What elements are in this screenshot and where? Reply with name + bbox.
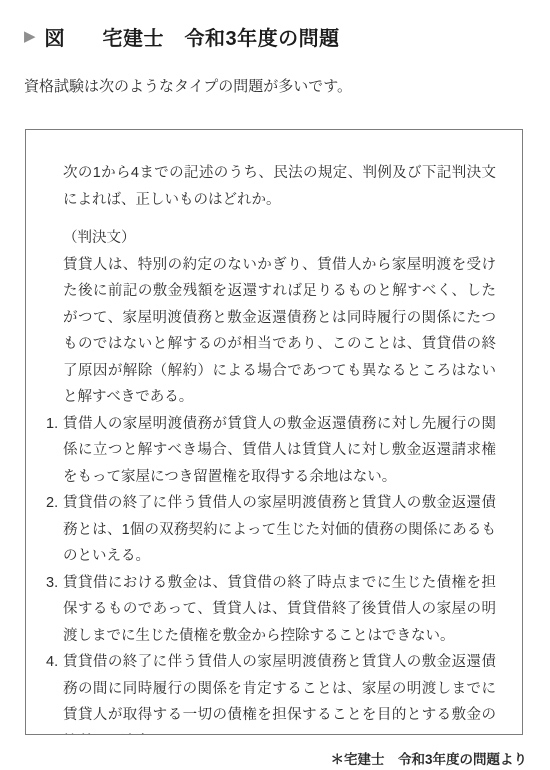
question-statement: 次の1から4までの記述のうち、民法の規定、判例及び下記判決文によれば、正しいもの… (63, 160, 496, 213)
figure-title: 宅建士 令和3年度の問題 (103, 22, 340, 51)
source-footnote: ＊宅建士 令和3年度の問題より (0, 748, 527, 768)
choice-number: 3. (46, 570, 63, 650)
figure-label: 図 (45, 22, 65, 51)
choice-item-4: 4. 賃貸借の終了に伴う賃借人の家屋明渡債務と賃貸人の敷金返還債務の間に同時履行… (46, 649, 496, 735)
choice-text: 賃借人の家屋明渡債務が賃貸人の敷金返還債務に対し先履行の関係に立つと解すべき場合… (63, 411, 496, 491)
choice-item-1: 1. 賃借人の家屋明渡債務が賃貸人の敷金返還債務に対し先履行の関係に立つと解すべ… (46, 411, 496, 491)
judgment-label: （判決文） (63, 225, 496, 252)
choice-text: 賃貸借の終了に伴う賃借人の家屋明渡債務と賃貸人の敷金返還債務の間に同時履行の関係… (63, 649, 496, 735)
figure-heading: ▶ 図 宅建士 令和3年度の問題 (0, 0, 550, 51)
triangle-marker-icon: ▶ (24, 29, 36, 44)
choice-number: 4. (46, 649, 63, 735)
choice-item-2: 2. 賃貸借の終了に伴う賃借人の家屋明渡債務と賃貸人の敷金返還債務とは、1個の双… (46, 490, 496, 570)
choice-item-3: 3. 賃貸借における敷金は、賃貸借の終了時点までに生じた債権を担保するものであっ… (46, 570, 496, 650)
choice-number: 2. (46, 490, 63, 570)
choice-text: 賃貸借の終了に伴う賃借人の家屋明渡債務と賃貸人の敷金返還債務とは、1個の双務契約… (63, 490, 496, 570)
intro-text: 資格試験は次のようなタイプの問題が多いです。 (24, 77, 550, 97)
choice-list: 1. 賃借人の家屋明渡債務が賃貸人の敷金返還債務に対し先履行の関係に立つと解すべ… (46, 411, 496, 736)
judgment-text: 賃貸人は、特別の約定のないかぎり、賃借人から家屋明渡を受けた後に前記の敷金残額を… (63, 252, 496, 411)
choice-text: 賃貸借における敷金は、賃貸借の終了時点までに生じた債権を担保するものであって、賃… (63, 570, 496, 650)
choice-number: 1. (46, 411, 63, 491)
question-box: 次の1から4までの記述のうち、民法の規定、判例及び下記判決文によれば、正しいもの… (25, 129, 523, 735)
